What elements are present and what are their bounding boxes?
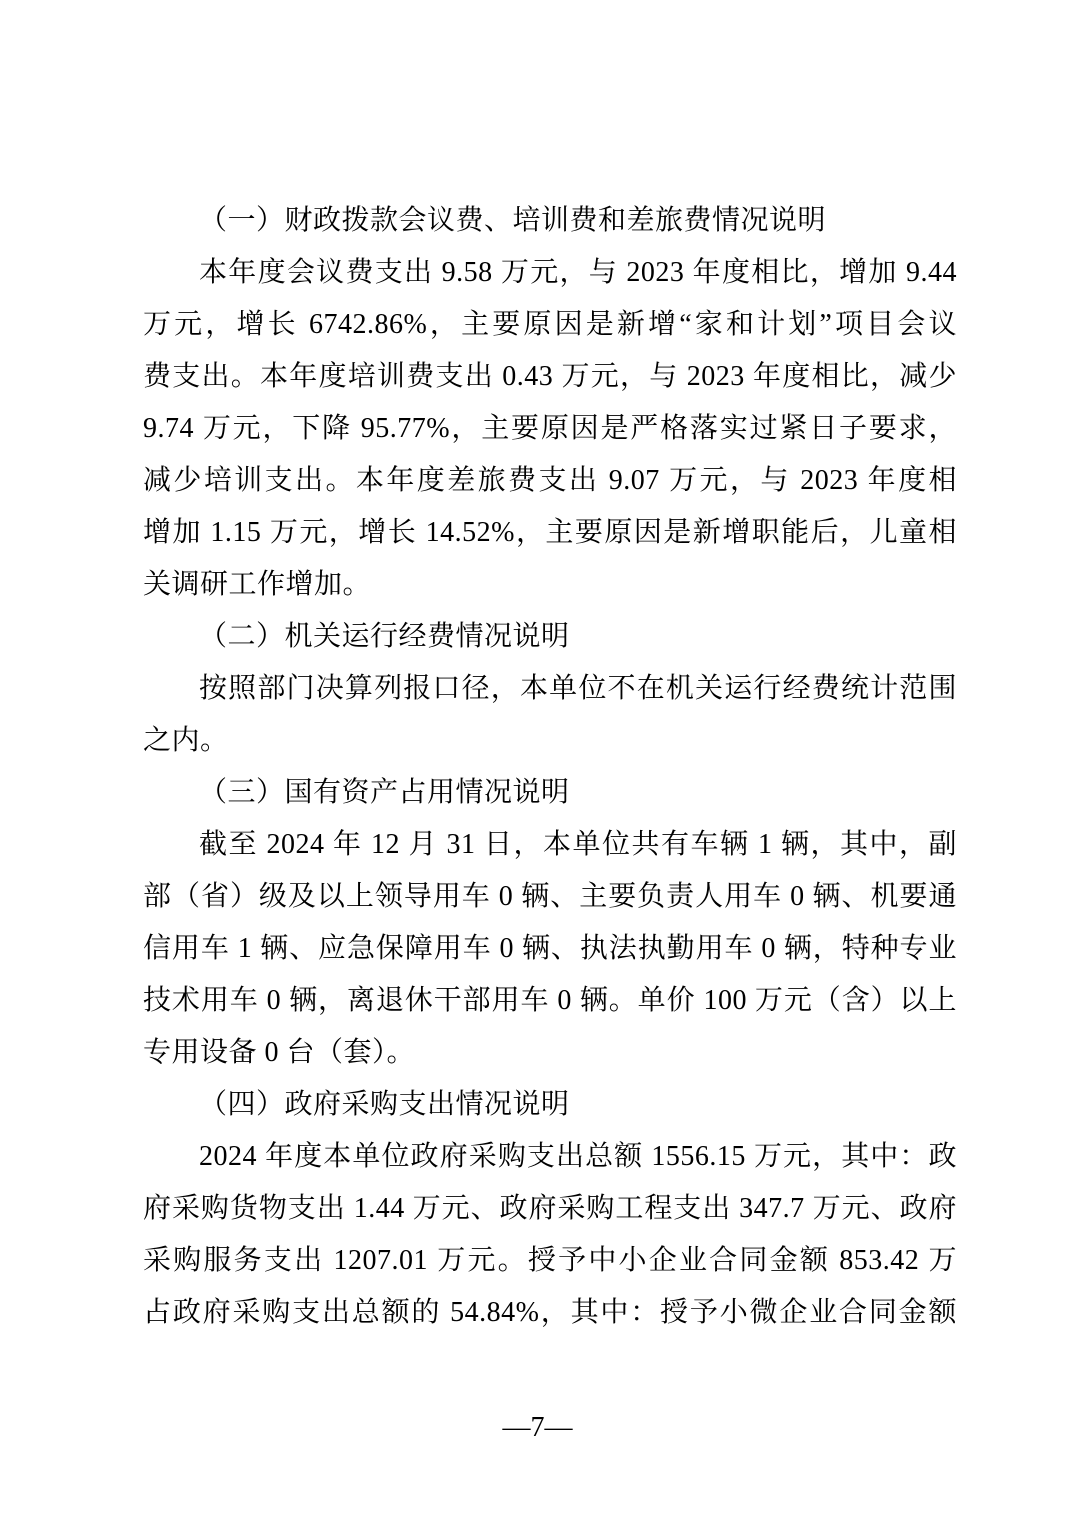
body-line: 按照部门决算列报口径，本单位不在机关运行经费统计范围 (143, 663, 957, 715)
body-line: 部（省）级及以上领导用车 0 辆、主要负责人用车 0 辆、机要通 (143, 871, 957, 923)
section-heading-3: （三）国有资产占用情况说明 (143, 767, 957, 819)
body-line: 技术用车 0 辆，离退休干部用车 0 辆。单价 100 万元（含）以上 (143, 975, 957, 1027)
body-line: 2024 年度本单位政府采购支出总额 1556.15 万元，其中：政 (143, 1131, 957, 1183)
body-line: 9.74 万元，下降 95.77%，主要原因是严格落实过紧日子要求， (143, 403, 957, 455)
body-line: 本年度会议费支出 9.58 万元，与 2023 年度相比，增加 9.44 (143, 247, 957, 299)
body-line: 府采购货物支出 1.44 万元、政府采购工程支出 347.7 万元、政府 (143, 1183, 957, 1235)
page-number: —7— (0, 1402, 1075, 1454)
body-line: 专用设备 0 台（套）。 (143, 1027, 957, 1079)
section-heading-1: （一）财政拨款会议费、培训费和差旅费情况说明 (143, 195, 957, 247)
body-line: 截至 2024 年 12 月 31 日，本单位共有车辆 1 辆，其中，副 (143, 819, 957, 871)
body-line: 增加 1.15 万元，增长 14.52%，主要原因是新增职能后，儿童相 (143, 507, 957, 559)
body-line: 信用车 1 辆、应急保障用车 0 辆、执法执勤用车 0 辆，特种专业 (143, 923, 957, 975)
body-line: 之内。 (143, 715, 957, 767)
document-page: （一）财政拨款会议费、培训费和差旅费情况说明 本年度会议费支出 9.58 万元，… (0, 0, 1075, 1520)
document-body: （一）财政拨款会议费、培训费和差旅费情况说明 本年度会议费支出 9.58 万元，… (143, 195, 957, 1339)
section-heading-4: （四）政府采购支出情况说明 (143, 1079, 957, 1131)
body-line: 万元，增长 6742.86%，主要原因是新增“家和计划”项目会议 (143, 299, 957, 351)
body-line: 采购服务支出 1207.01 万元。授予中小企业合同金额 853.42 万元， (143, 1235, 957, 1287)
body-line: 费支出。本年度培训费支出 0.43 万元，与 2023 年度相比，减少 (143, 351, 957, 403)
body-line: 占政府采购支出总额的 54.84%，其中：授予小微企业合同金额 (143, 1287, 957, 1339)
body-line: 关调研工作增加。 (143, 559, 957, 611)
section-heading-2: （二）机关运行经费情况说明 (143, 611, 957, 663)
body-line: 减少培训支出。本年度差旅费支出 9.07 万元，与 2023 年度相比， (143, 455, 957, 507)
